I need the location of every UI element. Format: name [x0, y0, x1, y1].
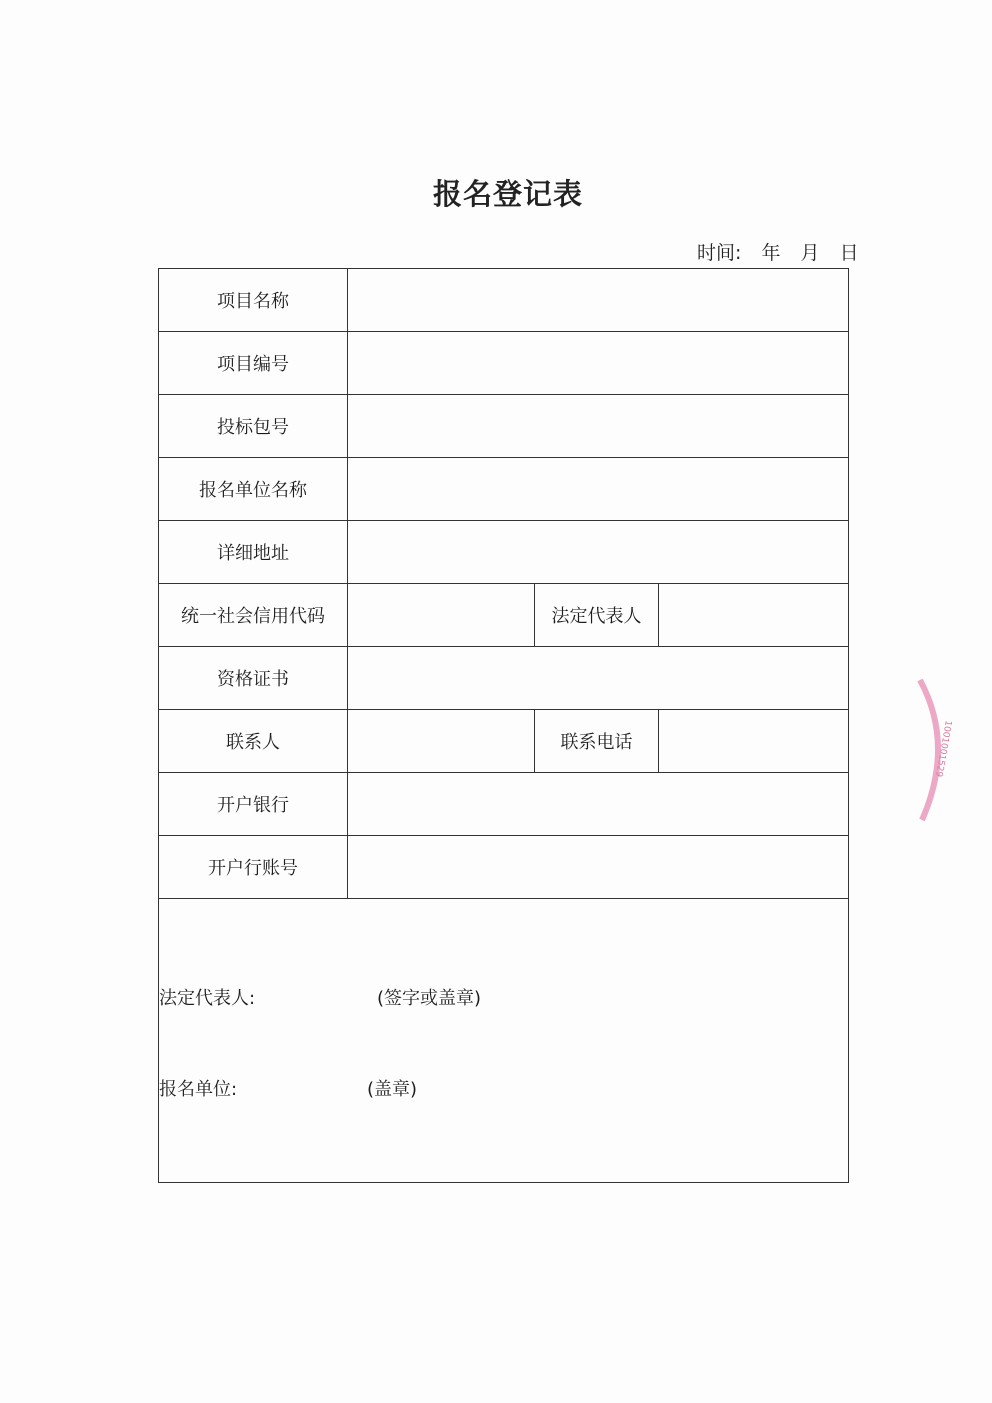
- legal-rep-sign-line: 法定代表人: (签字或盖章): [159, 984, 255, 1010]
- registration-form: 项目名称 项目编号 投标包号 报名单位名称 详细地址 统一社会信用代码 法定代表…: [158, 268, 849, 1183]
- row-account: 开户行账号: [159, 836, 848, 899]
- seal-stamp-icon: 1001001529: [910, 675, 960, 825]
- field-phone[interactable]: [659, 710, 848, 772]
- date-day: 日: [840, 242, 859, 264]
- row-bank: 开户银行: [159, 773, 848, 836]
- date-label: 时间:: [697, 242, 741, 264]
- label-bank: 开户银行: [159, 773, 348, 835]
- field-bank[interactable]: [348, 773, 848, 835]
- page-title: 报名登记表: [0, 172, 992, 213]
- field-account[interactable]: [348, 836, 848, 898]
- row-unit-name: 报名单位名称: [159, 458, 848, 521]
- row-credit-code: 统一社会信用代码 法定代表人: [159, 584, 848, 647]
- date-month: 月: [801, 242, 820, 264]
- date-year: 年: [761, 242, 780, 264]
- field-contact[interactable]: [348, 710, 534, 772]
- field-certificate[interactable]: [348, 647, 848, 709]
- signature-section: 法定代表人: (签字或盖章) 报名单位: (盖章): [159, 899, 848, 1182]
- unit-sign-note: (盖章): [367, 1075, 417, 1101]
- label-project-number: 项目编号: [159, 332, 348, 394]
- label-contact: 联系人: [159, 710, 348, 772]
- label-address: 详细地址: [159, 521, 348, 583]
- label-phone: 联系电话: [534, 710, 659, 772]
- row-project-name: 项目名称: [159, 269, 848, 332]
- label-project-name: 项目名称: [159, 269, 348, 331]
- legal-rep-sign-label: 法定代表人:: [159, 988, 255, 1009]
- row-address: 详细地址: [159, 521, 848, 584]
- legal-rep-sign-note: (签字或盖章): [377, 984, 481, 1010]
- row-certificate: 资格证书: [159, 647, 848, 710]
- unit-sign-label: 报名单位:: [159, 1079, 237, 1100]
- label-certificate: 资格证书: [159, 647, 348, 709]
- label-unit-name: 报名单位名称: [159, 458, 348, 520]
- field-project-name[interactable]: [348, 269, 848, 331]
- label-bid-package: 投标包号: [159, 395, 348, 457]
- date-line: 时间: 年 月 日: [697, 238, 873, 265]
- field-bid-package[interactable]: [348, 395, 848, 457]
- label-account: 开户行账号: [159, 836, 348, 898]
- field-address[interactable]: [348, 521, 848, 583]
- row-contact: 联系人 联系电话: [159, 710, 848, 773]
- row-bid-package: 投标包号: [159, 395, 848, 458]
- field-unit-name[interactable]: [348, 458, 848, 520]
- field-project-number[interactable]: [348, 332, 848, 394]
- field-legal-rep[interactable]: [659, 584, 848, 646]
- label-legal-rep: 法定代表人: [534, 584, 659, 646]
- unit-sign-line: 报名单位: (盖章): [159, 1075, 237, 1101]
- row-project-number: 项目编号: [159, 332, 848, 395]
- label-credit-code: 统一社会信用代码: [159, 584, 348, 646]
- field-credit-code[interactable]: [348, 584, 534, 646]
